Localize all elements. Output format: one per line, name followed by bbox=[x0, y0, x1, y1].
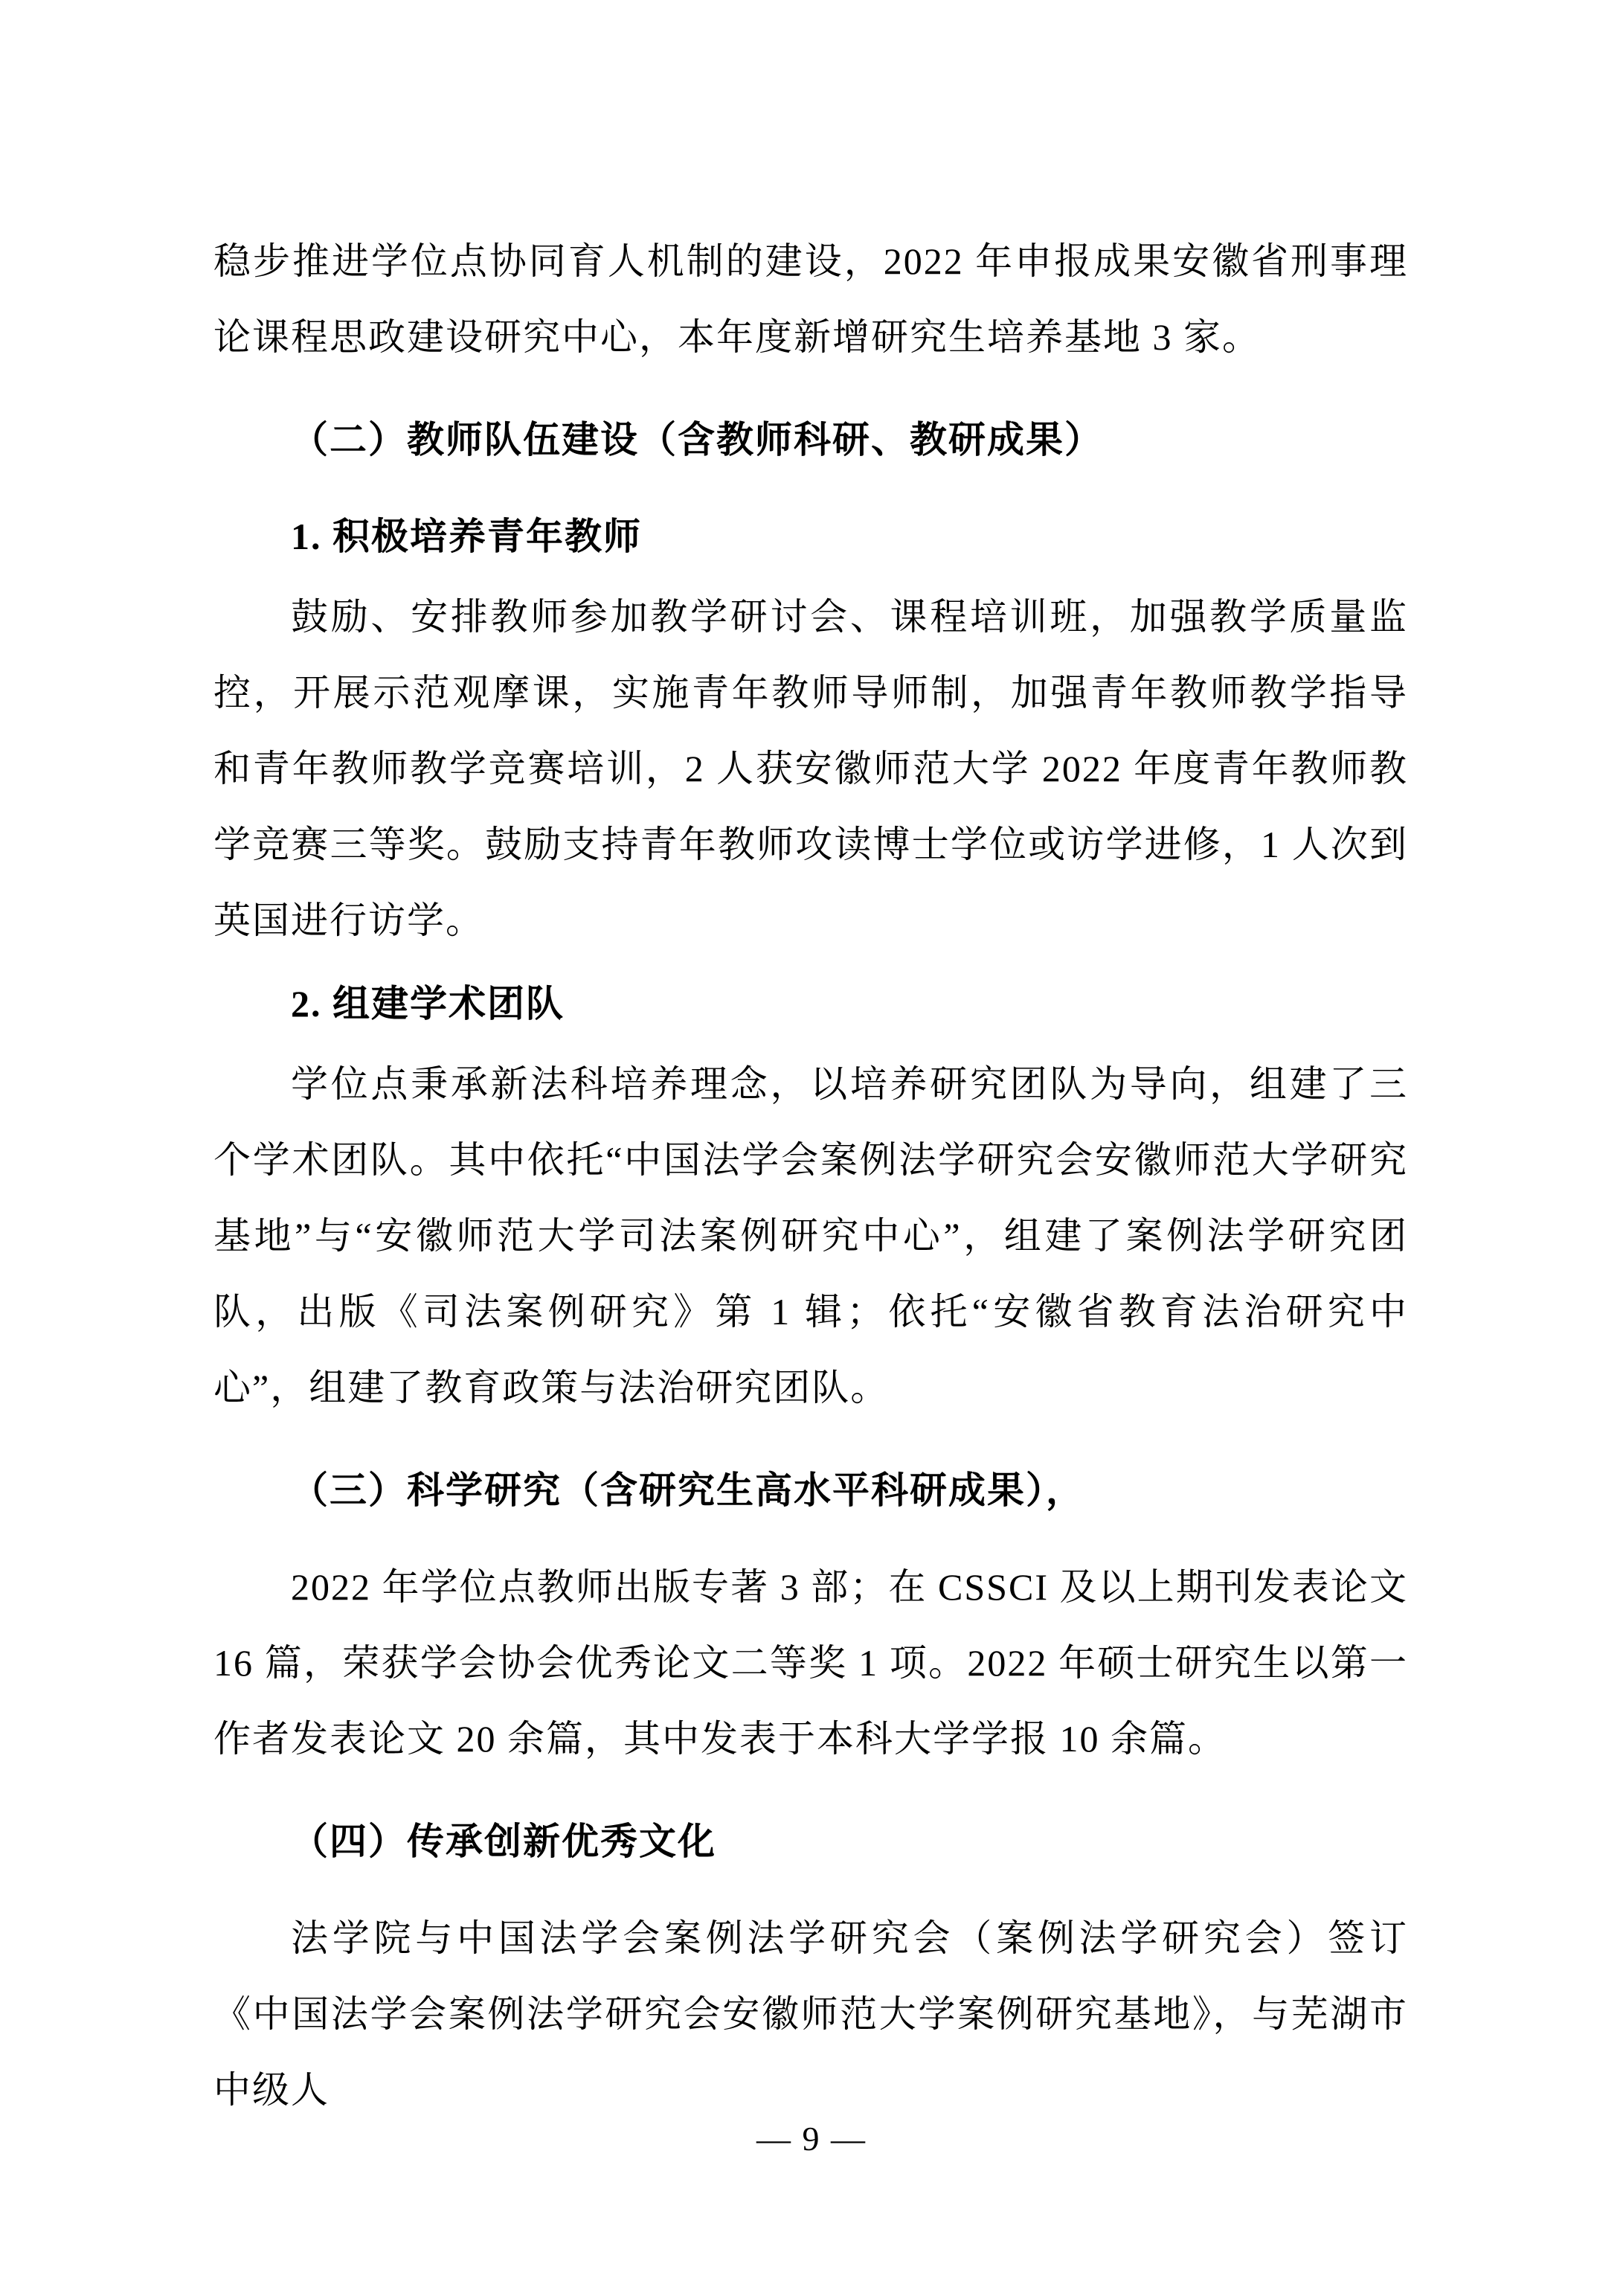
page-number: — 9 — bbox=[0, 2119, 1623, 2159]
section3-heading: （三）科学研究（含研究生高水平科研成果）， bbox=[213, 1452, 1408, 1528]
section2-sub2-heading: 2. 组建学术团队 bbox=[213, 966, 1408, 1042]
page-body: 稳步推进学位点协同育人机制的建设，2022 年申报成果安徽省刑事理论课程思政建设… bbox=[213, 223, 1408, 2128]
section2-sub1-paragraph: 鼓励、安排教师参加教学研讨会、课程培训班，加强教学质量监控，开展示范观摩课，实施… bbox=[213, 579, 1408, 958]
intro-paragraph: 稳步推进学位点协同育人机制的建设，2022 年申报成果安徽省刑事理论课程思政建设… bbox=[213, 223, 1408, 375]
document-page: { "page": { "background": "#ffffff", "te… bbox=[0, 0, 1623, 2296]
section2-sub1-heading: 1. 积极培养青年教师 bbox=[213, 498, 1408, 574]
section4-paragraph: 法学院与中国法学会案例法学研究会（案例法学研究会）签订《中国法学会案例法学研究会… bbox=[213, 1900, 1408, 2128]
section2-sub2-paragraph: 学位点秉承新法科培养理念，以培养研究团队为导向，组建了三个学术团队。其中依托“中… bbox=[213, 1046, 1408, 1426]
section4-heading: （四）传承创新优秀文化 bbox=[213, 1803, 1408, 1879]
section3-paragraph: 2022 年学位点教师出版专著 3 部；在 CSSCI 及以上期刊发表论文 16… bbox=[213, 1549, 1408, 1777]
section2-heading: （二）教师队伍建设（含教师科研、教研成果） bbox=[213, 402, 1408, 478]
